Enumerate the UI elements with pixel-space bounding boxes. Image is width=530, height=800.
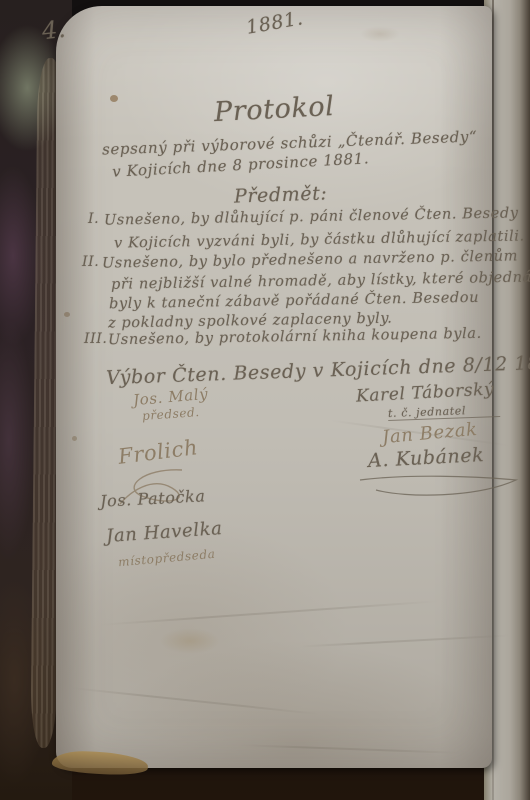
page-number: 4. [41, 15, 68, 45]
signature-name: Jan Bezak [381, 419, 478, 448]
section-heading: Předmět: [234, 182, 328, 207]
signature-name: Karel Táborský [356, 379, 495, 406]
resolution-line: byly k taneční zábavě pořádané Čten. Bes… [109, 290, 479, 312]
year-heading: 1881. [245, 7, 305, 39]
resolution-numeral: III. [84, 331, 107, 347]
signature-role: místopředseda [118, 547, 216, 569]
document-title: Protokol [213, 91, 335, 128]
signature-flourish [356, 472, 526, 502]
resolution-line: v Kojicích vyzváni byli, by částku dlůhu… [114, 228, 525, 251]
resolution-line: Usnešeno, by bylo přednešeno a navrženo … [102, 248, 518, 271]
signature-role: předsed. [142, 405, 201, 423]
signature-name: Frolich [117, 435, 199, 469]
photo-of-protocol-book: 4. 1881. Protokol sepsaný při výborové s… [0, 0, 530, 800]
signature-role: t. č. jednatel [388, 403, 500, 421]
resolution-line: Usnešeno, by dlůhující p. páni členové Č… [104, 205, 519, 228]
signature-name: A. Kubánek [368, 444, 485, 472]
resolution-numeral: I. [88, 211, 99, 227]
handwriting-layer: 4. 1881. Protokol sepsaný při výborové s… [0, 0, 530, 800]
resolution-numeral: II. [82, 254, 99, 270]
signature-name: Jan Havelka [105, 518, 223, 547]
